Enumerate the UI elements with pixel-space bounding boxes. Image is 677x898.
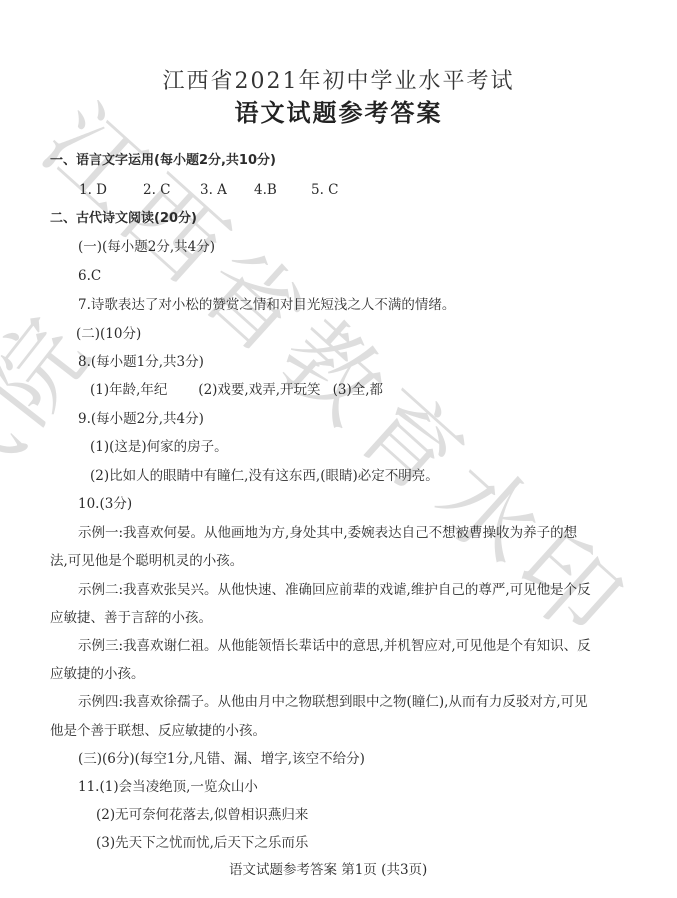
question-8-heading: 8.(每小题1分,共3分) — [78, 353, 204, 371]
question-9-answer-2: (2)比如人的眼睛中有瞳仁,没有这东西,(眼睛)必定不明亮。 — [90, 467, 439, 485]
question-8-answer-1: (1)年龄,年纪 — [90, 381, 194, 399]
question-8-answer-2: (2)戏要,戏弄,开玩笑 — [198, 381, 328, 399]
example-3-line-2: 应敏捷的小孩。 — [50, 665, 145, 683]
document-page: 江西省2021年初中学业水平考试 语文试题参考答案 一、语言文字运用(每小题2分… — [0, 0, 677, 898]
part-2-heading: (二)(10分) — [76, 325, 141, 343]
answer-1: 1. D — [79, 181, 143, 199]
document-subtitle: 语文试题参考答案 — [0, 93, 677, 128]
part-1-heading: (一)(每小题2分,共4分) — [78, 238, 215, 256]
answer-4: 4.B — [254, 181, 311, 199]
part-3-heading: (三)(6分)(每空1分,凡错、漏、增字,该空不给分) — [78, 750, 365, 768]
example-2-line-1: 示例二:我喜欢张吴兴。从他快速、准确回应前辈的戏谑,维护自己的尊严,可见他是个反 — [78, 581, 591, 599]
question-10-heading: 10.(3分) — [78, 495, 132, 513]
question-9-heading: 9.(每小题2分,共4分) — [78, 410, 204, 428]
document-title: 江西省2021年初中学业水平考试 — [0, 64, 677, 95]
answer-2: 2. C — [143, 181, 200, 199]
example-1-line-1: 示例一:我喜欢何晏。从他画地为方,身处其中,委婉表达自己不想被曹操收为养子的想 — [78, 524, 577, 542]
example-3-line-1: 示例三:我喜欢谢仁祖。从他能领悟长辈话中的意思,并机智应对,可见他是个有知识、反 — [78, 637, 591, 655]
question-11-answer-1: 11.(1)会当凌绝顶,一览众山小 — [78, 778, 258, 796]
question-8-answer-3: (3)全,都 — [333, 381, 383, 399]
example-2-line-2: 应敏捷、善于言辞的小孩。 — [50, 609, 212, 627]
section-1-answers: 1. D 2. C 3. A 4.B 5. C — [79, 181, 351, 199]
example-1-line-2: 法,可见他是个聪明机灵的小孩。 — [50, 552, 243, 570]
question-6-answer: 6.C — [78, 267, 101, 285]
section-2-heading: 二、古代诗文阅读(20分) — [50, 210, 197, 228]
question-11-answer-3: (3)先天下之忧而忧,后天下之乐而乐 — [96, 834, 308, 852]
question-8-answers: (1)年龄,年纪 (2)戏要,戏弄,开玩笑 (3)全,都 — [90, 381, 383, 399]
example-4-line-2: 他是个善于联想、反应敏捷的小孩。 — [50, 722, 266, 740]
question-7-answer: 7.诗歌表达了对小松的赞赏之情和对目光短浅之人不满的情绪。 — [78, 296, 455, 314]
answer-3: 3. A — [200, 181, 254, 199]
section-1-heading: 一、语言文字运用(每小题2分,共10分) — [50, 152, 276, 170]
question-9-answer-1: (1)(这是)何家的房子。 — [90, 438, 228, 456]
page-footer: 语文试题参考答案 第1页 (共3页) — [229, 858, 427, 878]
answer-5: 5. C — [311, 181, 351, 199]
example-4-line-1: 示例四:我喜欢徐孺子。从他由月中之物联想到眼中之物(瞳仁),从而有力反驳对方,可… — [78, 693, 588, 711]
question-11-answer-2: (2)无可奈何花落去,似曾相识燕归来 — [96, 806, 308, 824]
